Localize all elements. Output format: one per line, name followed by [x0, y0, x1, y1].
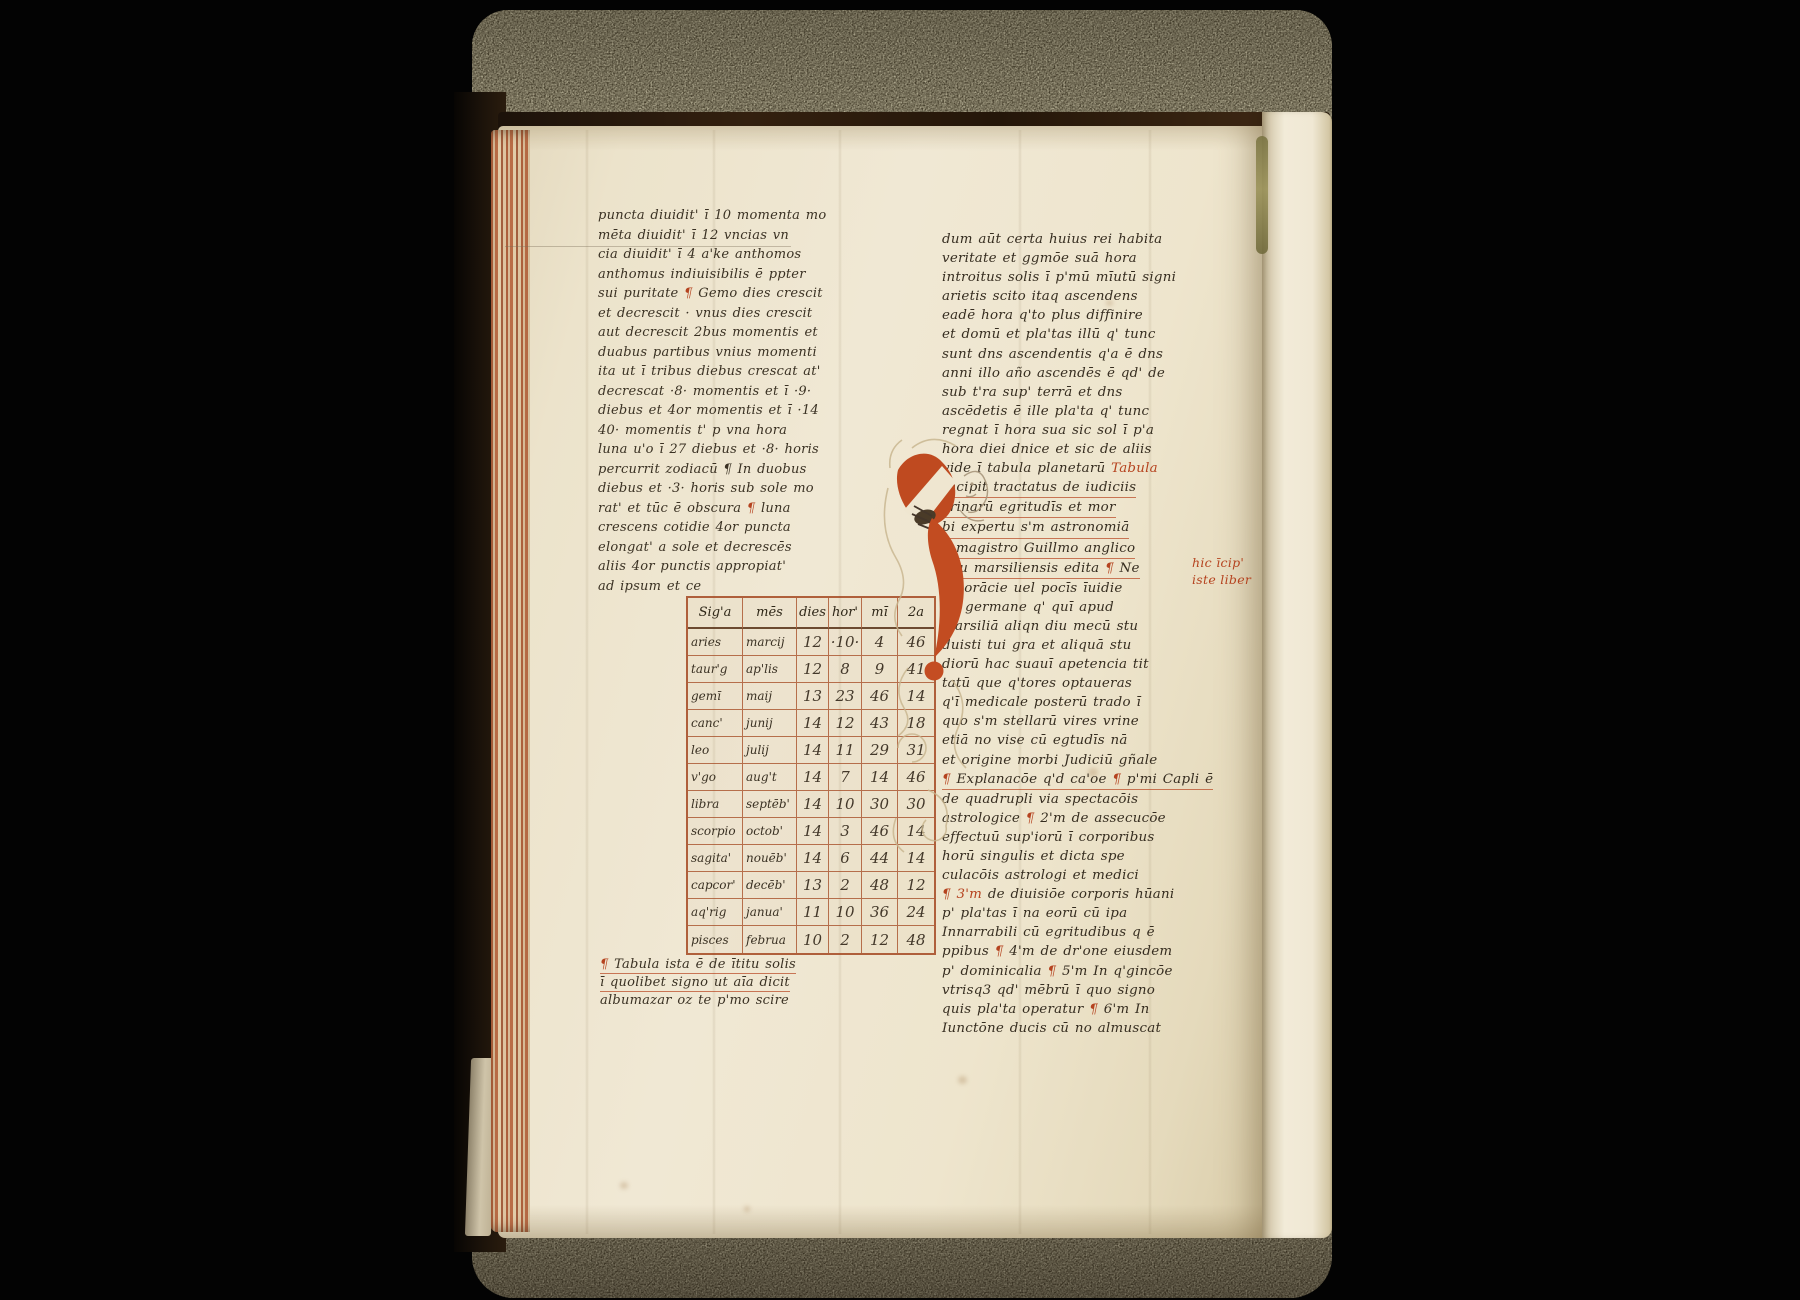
manuscript-text-line: luna u'o ī 27 diebus et ·8· horis — [598, 440, 850, 460]
table-cell: 7 — [829, 764, 862, 791]
table-cell: 23 — [829, 683, 862, 710]
table-cell: 11 — [797, 899, 829, 926]
manuscript-text-line: rat' et tūc ē obscura ¶ luna — [598, 499, 850, 519]
table-cell: 24 — [898, 899, 934, 926]
bookmark-ribbon — [1256, 136, 1268, 254]
table-cell: aries — [688, 629, 743, 656]
table-cell: 14 — [797, 791, 829, 818]
table-cell: 2 — [829, 872, 862, 899]
table-cell: maij — [743, 683, 797, 710]
table-cell: 8 — [829, 656, 862, 683]
table-cell: aq'rig — [688, 899, 743, 926]
rubric-mark: ¶ — [1089, 1002, 1098, 1017]
foxing-stain — [620, 1182, 628, 1189]
marginal-note-line: hic īcip' — [1192, 554, 1278, 571]
manuscript-text-line: sui puritate ¶ Gemo dies crescit — [598, 284, 850, 304]
table-cell: taur'g — [688, 656, 743, 683]
table-cell: v'go — [688, 764, 743, 791]
manuscript-text-line: anni illo año ascendēs ē qd' de — [942, 364, 1204, 383]
table-cell: 6 — [829, 845, 862, 872]
table-header-cell: mēs — [743, 598, 797, 629]
manuscript-text-line: ppibus ¶ 4'm de dr'one eiusdem — [942, 942, 1204, 961]
rubric-mark: Tabula — [1111, 461, 1158, 476]
table-cell: janua' — [743, 899, 797, 926]
manuscript-text-line: ¶ 3'm de diuisiōe corporis hūani — [942, 885, 1204, 904]
illuminated-initial-I — [868, 418, 998, 888]
manuscript-text-line: duabus partibus vnius momenti — [598, 343, 850, 363]
initial-letter-body — [897, 454, 964, 681]
manuscript-text-line: aliis 4or punctis appropiat' — [598, 557, 850, 577]
table-cell: canc' — [688, 710, 743, 737]
manuscript-text-line: percurrit zodiacū ¶ In duobus — [598, 460, 850, 480]
rubric-mark: ¶ — [1112, 772, 1121, 787]
table-cell: nouēb' — [743, 845, 797, 872]
table-cell: 12 — [797, 629, 829, 656]
manuscript-text-line: et domū et pla'tas illū q' tunc — [942, 325, 1204, 344]
table-header-cell: Sig'a — [688, 598, 743, 629]
table-cell: 13 — [797, 683, 829, 710]
manuscript-text-line: ad ipsum et ce — [598, 577, 850, 597]
table-cell: 12 — [862, 926, 898, 953]
table-cell: 14 — [797, 710, 829, 737]
table-cell: 48 — [898, 926, 934, 953]
manuscript-text-line: p' pla'tas ī na eorū cū ipa — [942, 904, 1204, 923]
marginal-rubric-note: hic īcip' iste liber — [1192, 554, 1278, 588]
rubric-mark: ¶ — [684, 286, 693, 301]
table-cell: decēb' — [743, 872, 797, 899]
sketched-face-doodle — [960, 471, 988, 520]
text-column-left-footer: ¶ Tabula ista ē de ītitu solisī quolibet… — [600, 956, 856, 1010]
parchment-crease — [585, 130, 589, 1234]
manuscript-text-line: veritate et ggmōe suā hora — [942, 249, 1204, 268]
table-cell: 14 — [797, 845, 829, 872]
table-cell: ·10· — [829, 629, 862, 656]
table-cell: pisces — [688, 926, 743, 953]
table-cell: scorpio — [688, 818, 743, 845]
manuscript-text-line: ita ut ī tribus diebus crescat at' — [598, 362, 850, 382]
manuscript-photograph: { "colors": { "background": "#030303", "… — [0, 0, 1800, 1300]
red-stained-fore-edge — [491, 130, 530, 1232]
manuscript-text-line: dum aūt certa huius rei habita — [942, 230, 1204, 249]
table-cell: libra — [688, 791, 743, 818]
manuscript-text-line: eadē hora q'to plus diffinire — [942, 306, 1204, 325]
table-cell: aug't — [743, 764, 797, 791]
table-cell: octob' — [743, 818, 797, 845]
manuscript-text-line: arietis scito itaq ascendens — [942, 287, 1204, 306]
photo-backdrop: puncta diuidit' ī 10 momenta momēta diui… — [0, 0, 1800, 1300]
table-cell: 10 — [829, 791, 862, 818]
table-cell: septēb' — [743, 791, 797, 818]
manuscript-text-line: elongat' a sole et decrescēs — [598, 538, 850, 558]
rubric-mark: ¶ — [1026, 811, 1035, 826]
manuscript-text-line: 40· momentis t' p vna hora — [598, 421, 850, 441]
manuscript-text-line: cia diuidit' ī 4 a'ke anthomos — [598, 245, 850, 265]
manuscript-text-line: albumazar oz te p'mo scire — [600, 992, 856, 1009]
table-cell: 36 — [862, 899, 898, 926]
rubric-mark: ¶ 3'm — [942, 887, 982, 902]
manuscript-text-line: p' dominicalia ¶ 5'm In q'gincōe — [942, 962, 1204, 981]
manuscript-text-line: diebus et ·3· horis sub sole mo — [598, 479, 850, 499]
manuscript-text-line: et decrescit · vnus dies crescit — [598, 304, 850, 324]
table-cell: leo — [688, 737, 743, 764]
manuscript-text-line: sunt dns ascendentis q'a ē dns — [942, 345, 1204, 364]
manuscript-text-line: ¶ Tabula ista ē de ītitu solis — [600, 956, 796, 974]
manuscript-text-line: mēta diuidit' ī 12 vncias vn — [598, 226, 850, 246]
table-cell: 14 — [797, 764, 829, 791]
manuscript-text-line: Innarrabili cū egritudibus q ē — [942, 923, 1204, 942]
manuscript-text-line: quis pla'ta operatur ¶ 6'm In — [942, 1000, 1204, 1019]
table-cell: 10 — [829, 899, 862, 926]
manuscript-text-line: sub t'ra sup' terrā et dns — [942, 383, 1204, 402]
table-cell: capcor' — [688, 872, 743, 899]
manuscript-text-line: ī quolibet signo ut aīa dicit — [600, 974, 790, 992]
manuscript-text-line: Iunctōne ducis cū no almuscat — [942, 1019, 1204, 1038]
table-cell: 11 — [829, 737, 862, 764]
rubric-mark: ¶ — [1105, 561, 1114, 576]
table-cell: sagita' — [688, 845, 743, 872]
table-header-cell: hor' — [829, 598, 862, 629]
table-cell: gemī — [688, 683, 743, 710]
table-cell: marcij — [743, 629, 797, 656]
rubric-mark: ¶ — [1047, 964, 1056, 979]
manuscript-text-line: crescens cotidie 4or puncta — [598, 518, 850, 538]
manuscript-text-line: vtrisq3 qd' mēbrū ī quo signo — [942, 981, 1204, 1000]
table-cell: 10 — [797, 926, 829, 953]
table-cell: 14 — [797, 737, 829, 764]
table-cell: 3 — [829, 818, 862, 845]
foxing-stain — [744, 1206, 750, 1212]
text-column-left: puncta diuidit' ī 10 momenta momēta diui… — [598, 206, 850, 596]
table-cell: ap'lis — [743, 656, 797, 683]
marginal-note-line: iste liber — [1192, 571, 1278, 588]
manuscript-text-line: decrescat ·8· momentis et ī ·9· — [598, 382, 850, 402]
manuscript-text-line: diebus et 4or momentis et ī ·14 — [598, 401, 850, 421]
table-cell: 14 — [797, 818, 829, 845]
facing-page-edge — [1262, 112, 1332, 1238]
rubric-mark: ¶ — [600, 957, 609, 972]
table-cell: julij — [743, 737, 797, 764]
table-header-cell: dies — [797, 598, 829, 629]
manuscript-text-line: puncta diuidit' ī 10 momenta mo — [598, 206, 850, 226]
foxing-stain — [958, 1076, 967, 1084]
table-cell: 2 — [829, 926, 862, 953]
table-cell: 12 — [797, 656, 829, 683]
manuscript-text-line: introitus solis ī p'mū mīutū signi — [942, 268, 1204, 287]
table-cell: junij — [743, 710, 797, 737]
manuscript-text-line: anthomus indiuisibilis ē ppter — [598, 265, 850, 285]
table-cell: 13 — [797, 872, 829, 899]
table-cell: 12 — [829, 710, 862, 737]
manuscript-text-line: aut decrescit 2bus momentis et — [598, 323, 850, 343]
table-cell: februa — [743, 926, 797, 953]
